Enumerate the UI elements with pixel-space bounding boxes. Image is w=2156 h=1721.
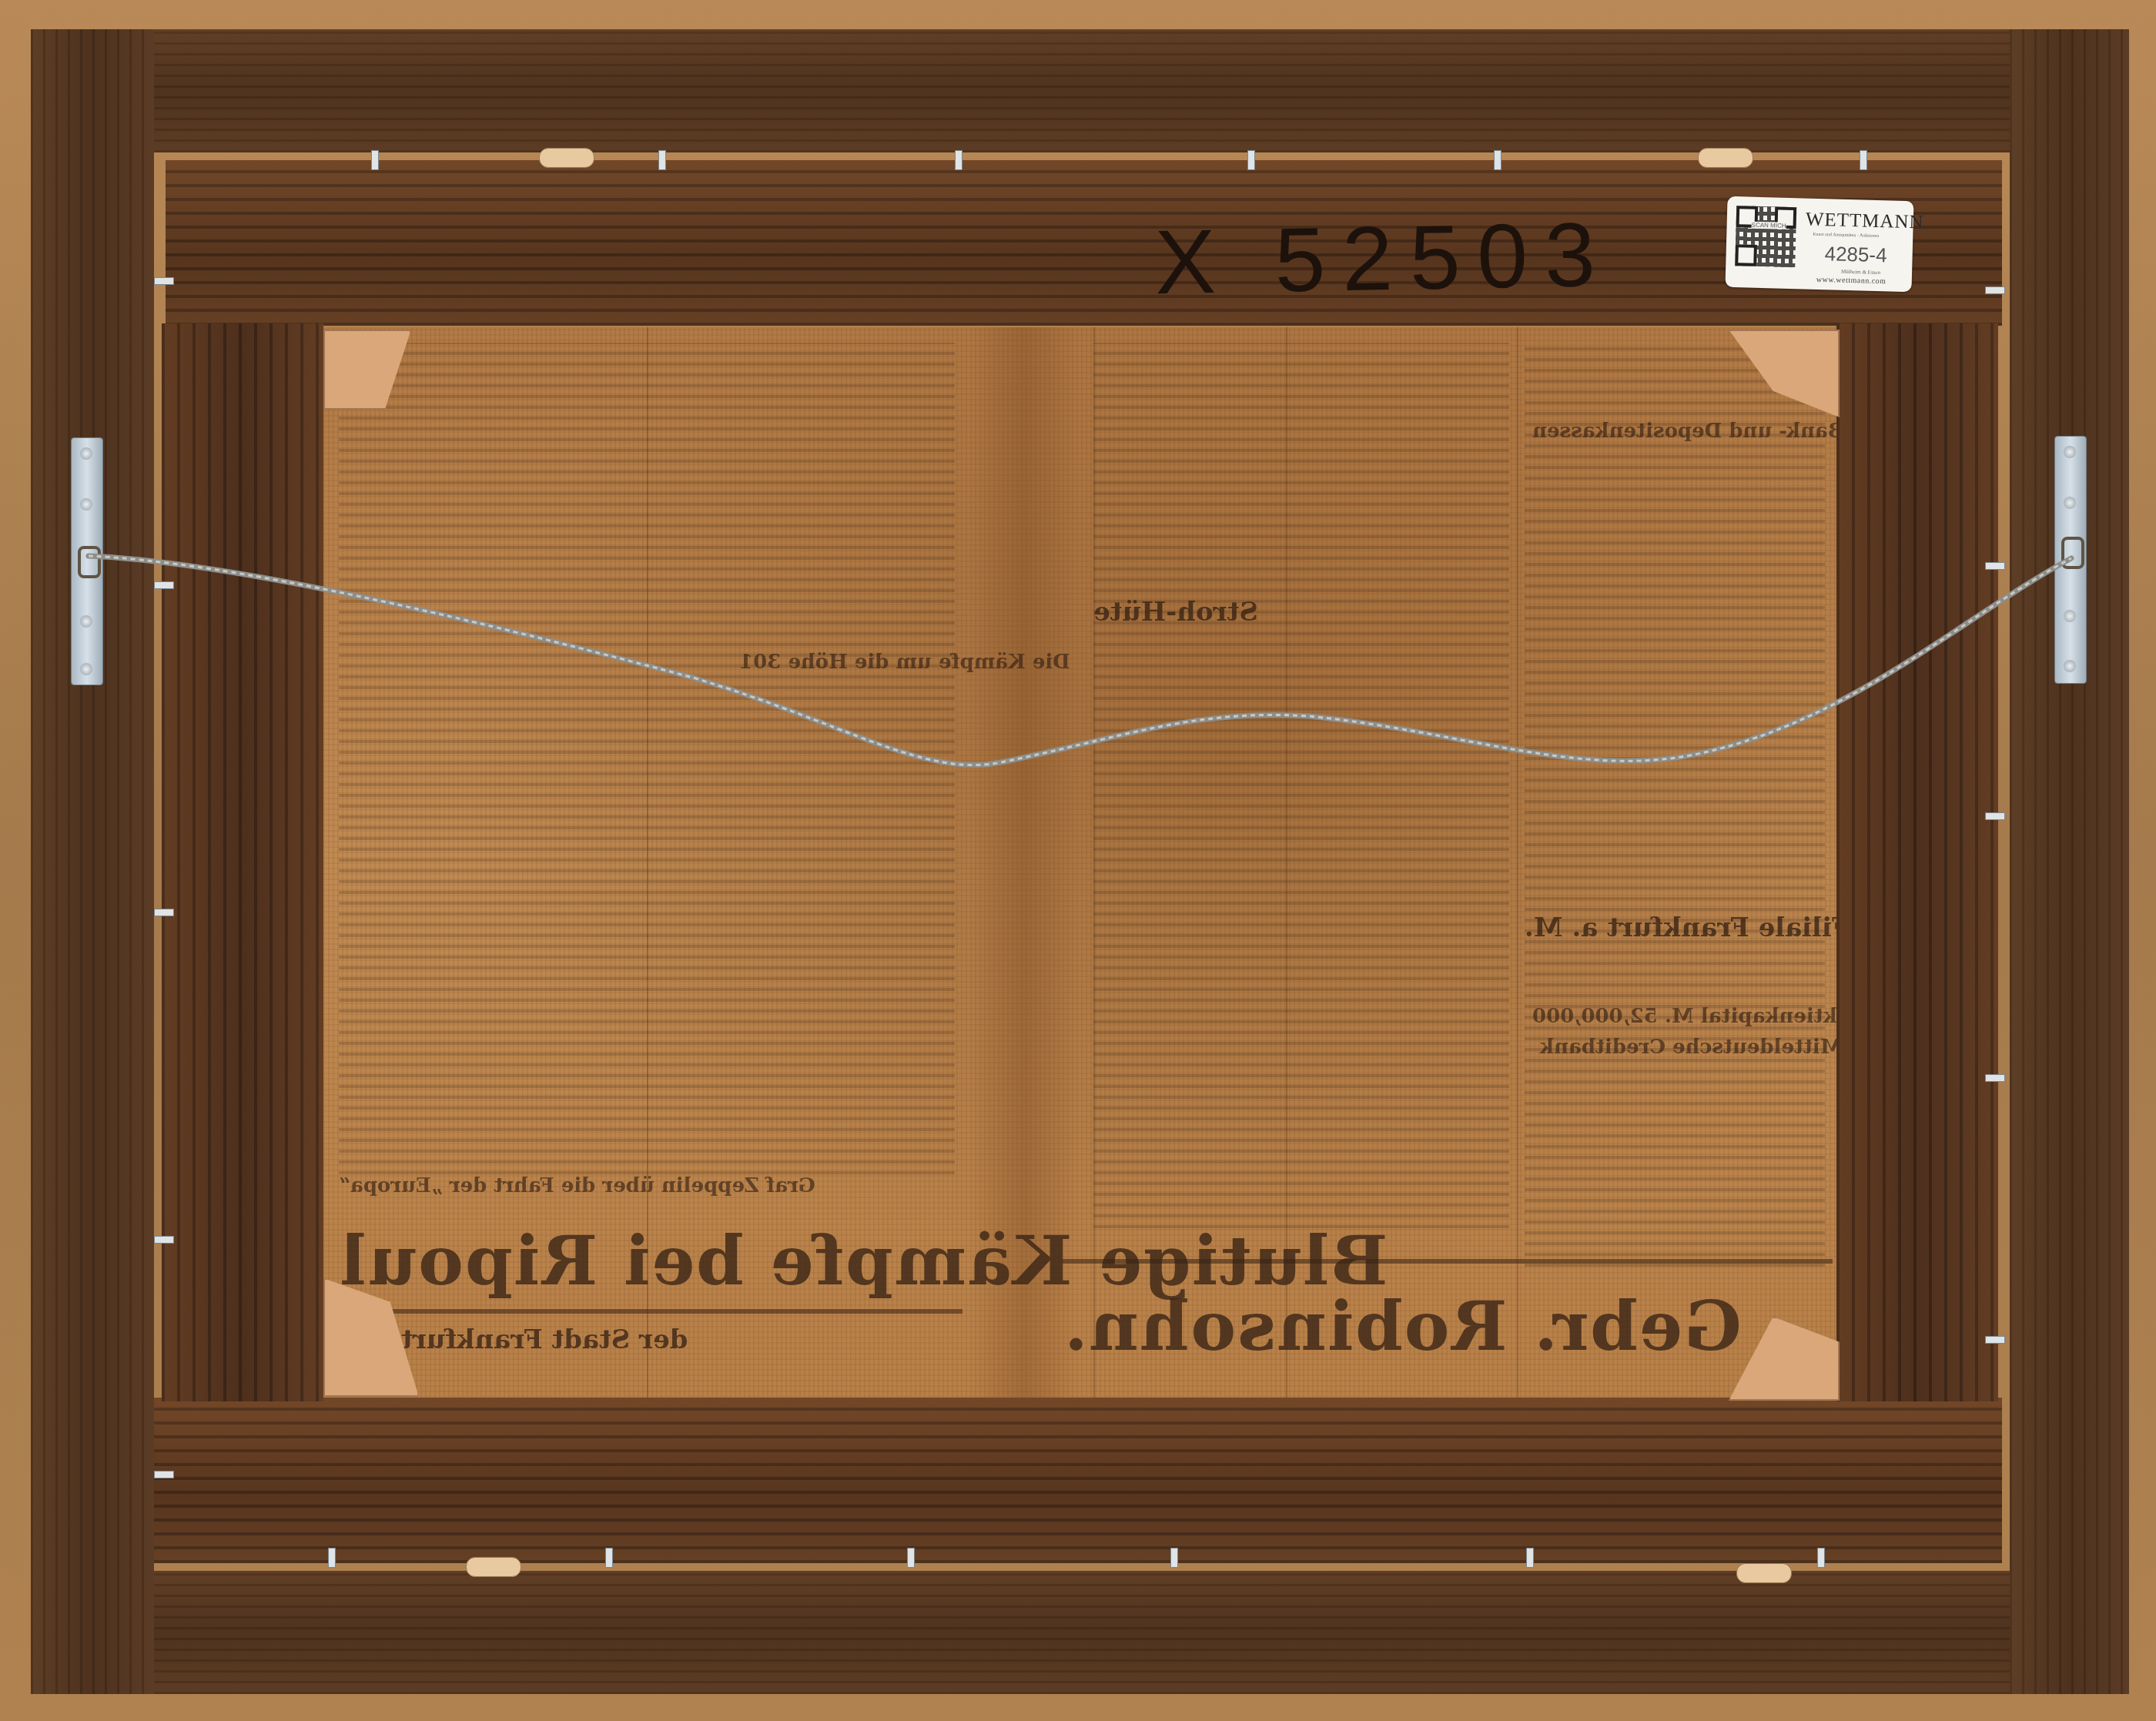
hanging-wire bbox=[0, 0, 2156, 1721]
staple bbox=[1985, 1336, 2005, 1344]
staple bbox=[154, 581, 174, 589]
staple bbox=[328, 1548, 336, 1568]
staple bbox=[907, 1548, 915, 1568]
staple bbox=[955, 150, 962, 170]
staple bbox=[1985, 286, 2005, 294]
staple bbox=[154, 1236, 174, 1244]
staple bbox=[1860, 150, 1867, 170]
staple bbox=[154, 277, 174, 285]
staple bbox=[1494, 150, 1501, 170]
staple bbox=[1985, 812, 2005, 820]
staple bbox=[154, 909, 174, 916]
staple bbox=[154, 1471, 174, 1478]
staple bbox=[1985, 562, 2005, 570]
staple bbox=[1247, 150, 1255, 170]
staple bbox=[1170, 1548, 1178, 1568]
cork-spacer bbox=[1698, 148, 1753, 168]
cork-spacer bbox=[1736, 1563, 1792, 1583]
staple bbox=[1817, 1548, 1825, 1568]
cork-spacer bbox=[466, 1557, 521, 1577]
staple bbox=[371, 150, 379, 170]
staple bbox=[658, 150, 666, 170]
staple bbox=[605, 1548, 613, 1568]
cork-spacer bbox=[539, 148, 594, 168]
staple bbox=[1985, 1074, 2005, 1082]
staple bbox=[1526, 1548, 1534, 1568]
framed-painting-back: Die Kämpfe um die Höhe 301 Stroh-Hüte Ba… bbox=[0, 0, 2156, 1721]
